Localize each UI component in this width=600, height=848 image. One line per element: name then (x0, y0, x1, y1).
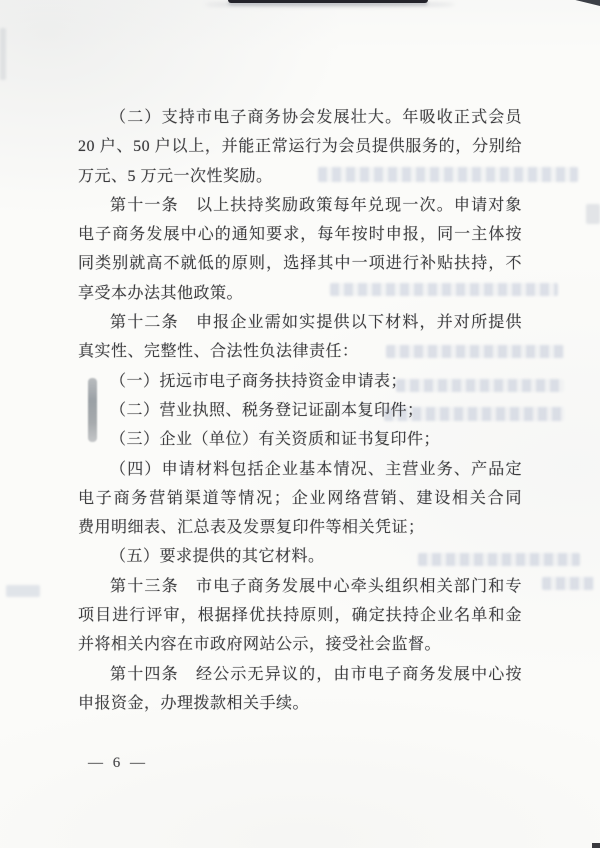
document-line: 并将相关内容在市政府网站公示，接受社会监督。 (78, 630, 522, 659)
document-line: 真实性、完整性、合法性负法律责任： (78, 337, 522, 366)
document-line: 电子商务发展中心的通知要求，每年按时申报，同一主体按照不 (78, 220, 522, 249)
bleedthrough-smudge (586, 204, 600, 224)
document-line: 享受本办法其他政策。 (78, 279, 522, 308)
document-line: 第十一条 以上扶持奖励政策每年兑现一次。申请对象根据市 (78, 191, 522, 220)
scan-corner-bottom-right-mark (592, 843, 600, 848)
document-line: （二）支持市电子商务协会发展壮大。年吸收正式会员达到 (78, 103, 522, 132)
bleedthrough-smudge (6, 585, 40, 597)
document-line: （一）抚远市电子商务扶持资金申请表； (78, 367, 522, 396)
scan-edge-top-strip (228, 0, 428, 3)
document-line: 项目进行评审，根据择优扶持原则，确定扶持企业名单和金额， (78, 601, 522, 630)
page-number: — 6 — (88, 755, 148, 772)
document-line: 第十三条 市电子商务发展中心牵头组织相关部门和专家对 (78, 572, 522, 601)
document-line: （三）企业（单位）有关资质和证书复印件； (78, 425, 522, 454)
document-line: 万元、5 万元一次性奖励。 (78, 162, 522, 191)
document-line: （二）营业执照、税务登记证副本复印件； (78, 396, 522, 425)
document-line: 第十二条 申报企业需如实提供以下材料，并对所提供材料的 (78, 308, 522, 337)
document-line: 20 户、50 户以上，并能正常运行为会员提供服务的，分别给予 2 (78, 132, 522, 161)
document-line: 电子商务营销渠道等情况；企业网络营销、建设相关合同（协议）、 (78, 484, 522, 513)
document-line: （五）要求提供的其它材料。 (78, 542, 522, 571)
document-line: 第十四条 经公示无异议的，由市电子商务发展中心按照程序 (78, 660, 522, 689)
scanned-document-page: （二）支持市电子商务协会发展壮大。年吸收正式会员达到20 户、50 户以上，并能… (0, 0, 600, 848)
bleedthrough-smudge (0, 28, 6, 80)
scan-corner-top-right-mark (570, 0, 600, 6)
document-line: 申报资金，办理拨款相关手续。 (78, 689, 522, 718)
document-line: （四）申请材料包括企业基本情况、主营业务、产品定位、 (78, 455, 522, 484)
bleedthrough-smudge (542, 577, 594, 590)
document-line: 费用明细表、汇总表及发票复印件等相关凭证； (78, 513, 522, 542)
document-line: 同类别就高不就低的原则，选择其中一项进行补贴扶持，不重复 (78, 249, 522, 278)
document-body: （二）支持市电子商务协会发展壮大。年吸收正式会员达到20 户、50 户以上，并能… (78, 103, 522, 718)
